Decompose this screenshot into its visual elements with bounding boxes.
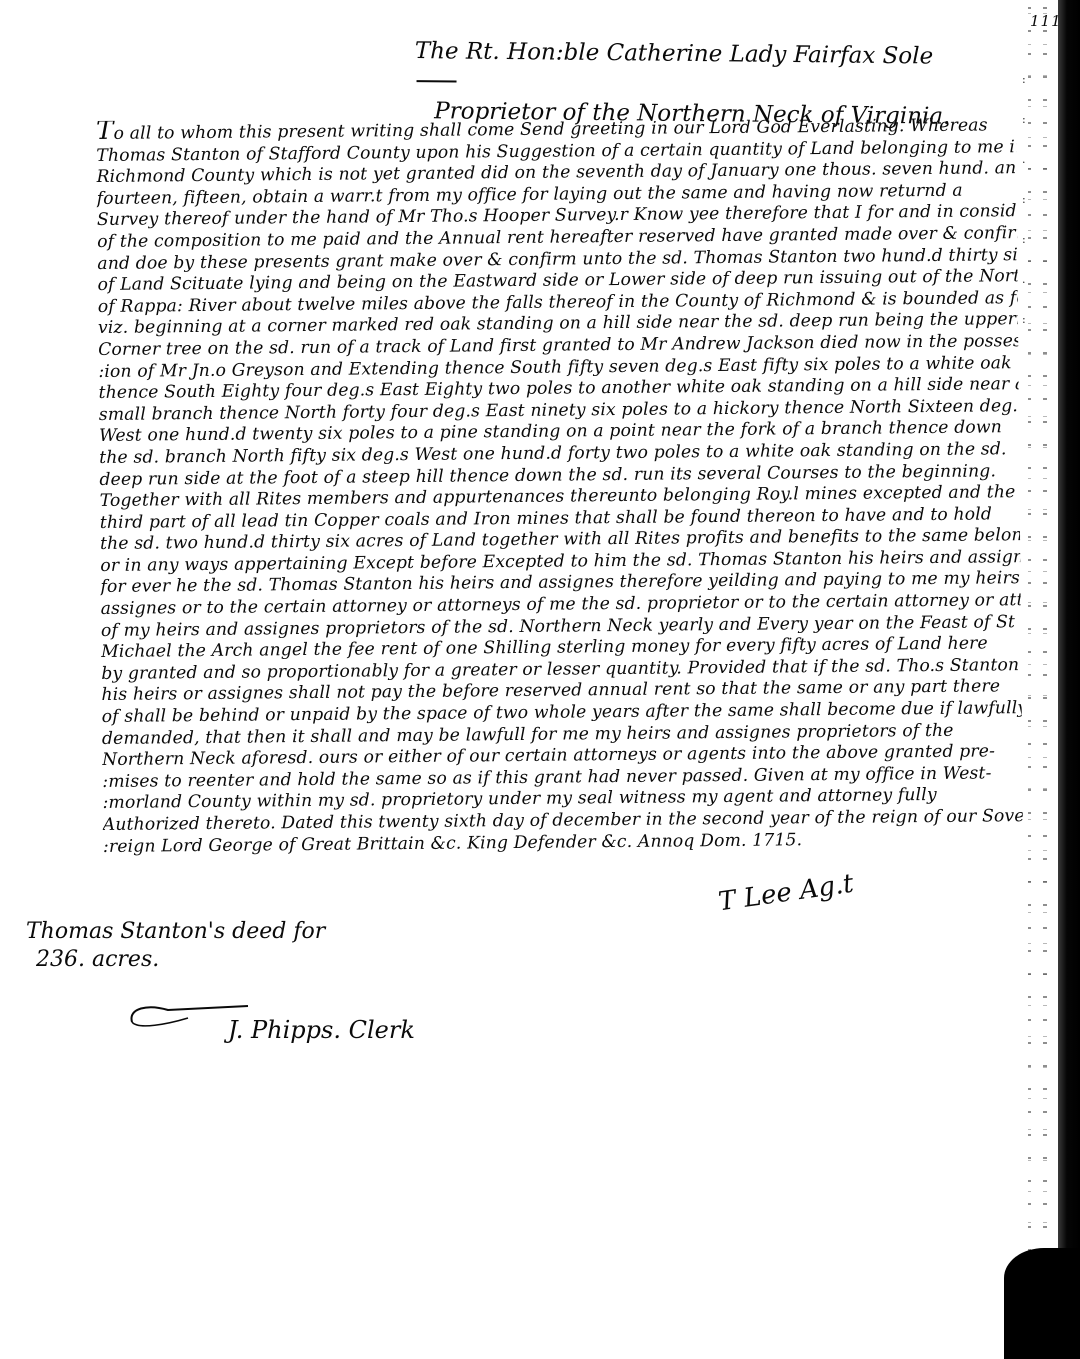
binding-shadow xyxy=(1008,0,1058,1359)
docket-line-1: Thomas Stanton's deed for xyxy=(26,919,325,944)
heading-grantor: The Rt. Hon:ble Catherine Lady Fairfax S… xyxy=(415,38,934,69)
ink-blot xyxy=(1004,1248,1080,1359)
clerk-name: J. Phipps. Clerk xyxy=(228,1016,415,1044)
document-page: 111. The Rt. Hon:ble Catherine Lady Fair… xyxy=(0,0,1080,1359)
heading-line-1: The Rt. Hon:ble Catherine Lady Fairfax S… xyxy=(409,36,970,102)
flourish-stroke xyxy=(417,80,457,82)
docket-acres: 236. acres. xyxy=(26,946,325,974)
agent-signature: T Lee Ag.t xyxy=(717,869,856,918)
docket-note: Thomas Stanton's deed for 236. acres. xyxy=(26,918,325,974)
clerk-signature: J. Phipps. Clerk xyxy=(128,1000,428,1060)
binding-edge xyxy=(1058,0,1080,1359)
deed-body: To all to whom this present writing shal… xyxy=(96,112,1023,858)
